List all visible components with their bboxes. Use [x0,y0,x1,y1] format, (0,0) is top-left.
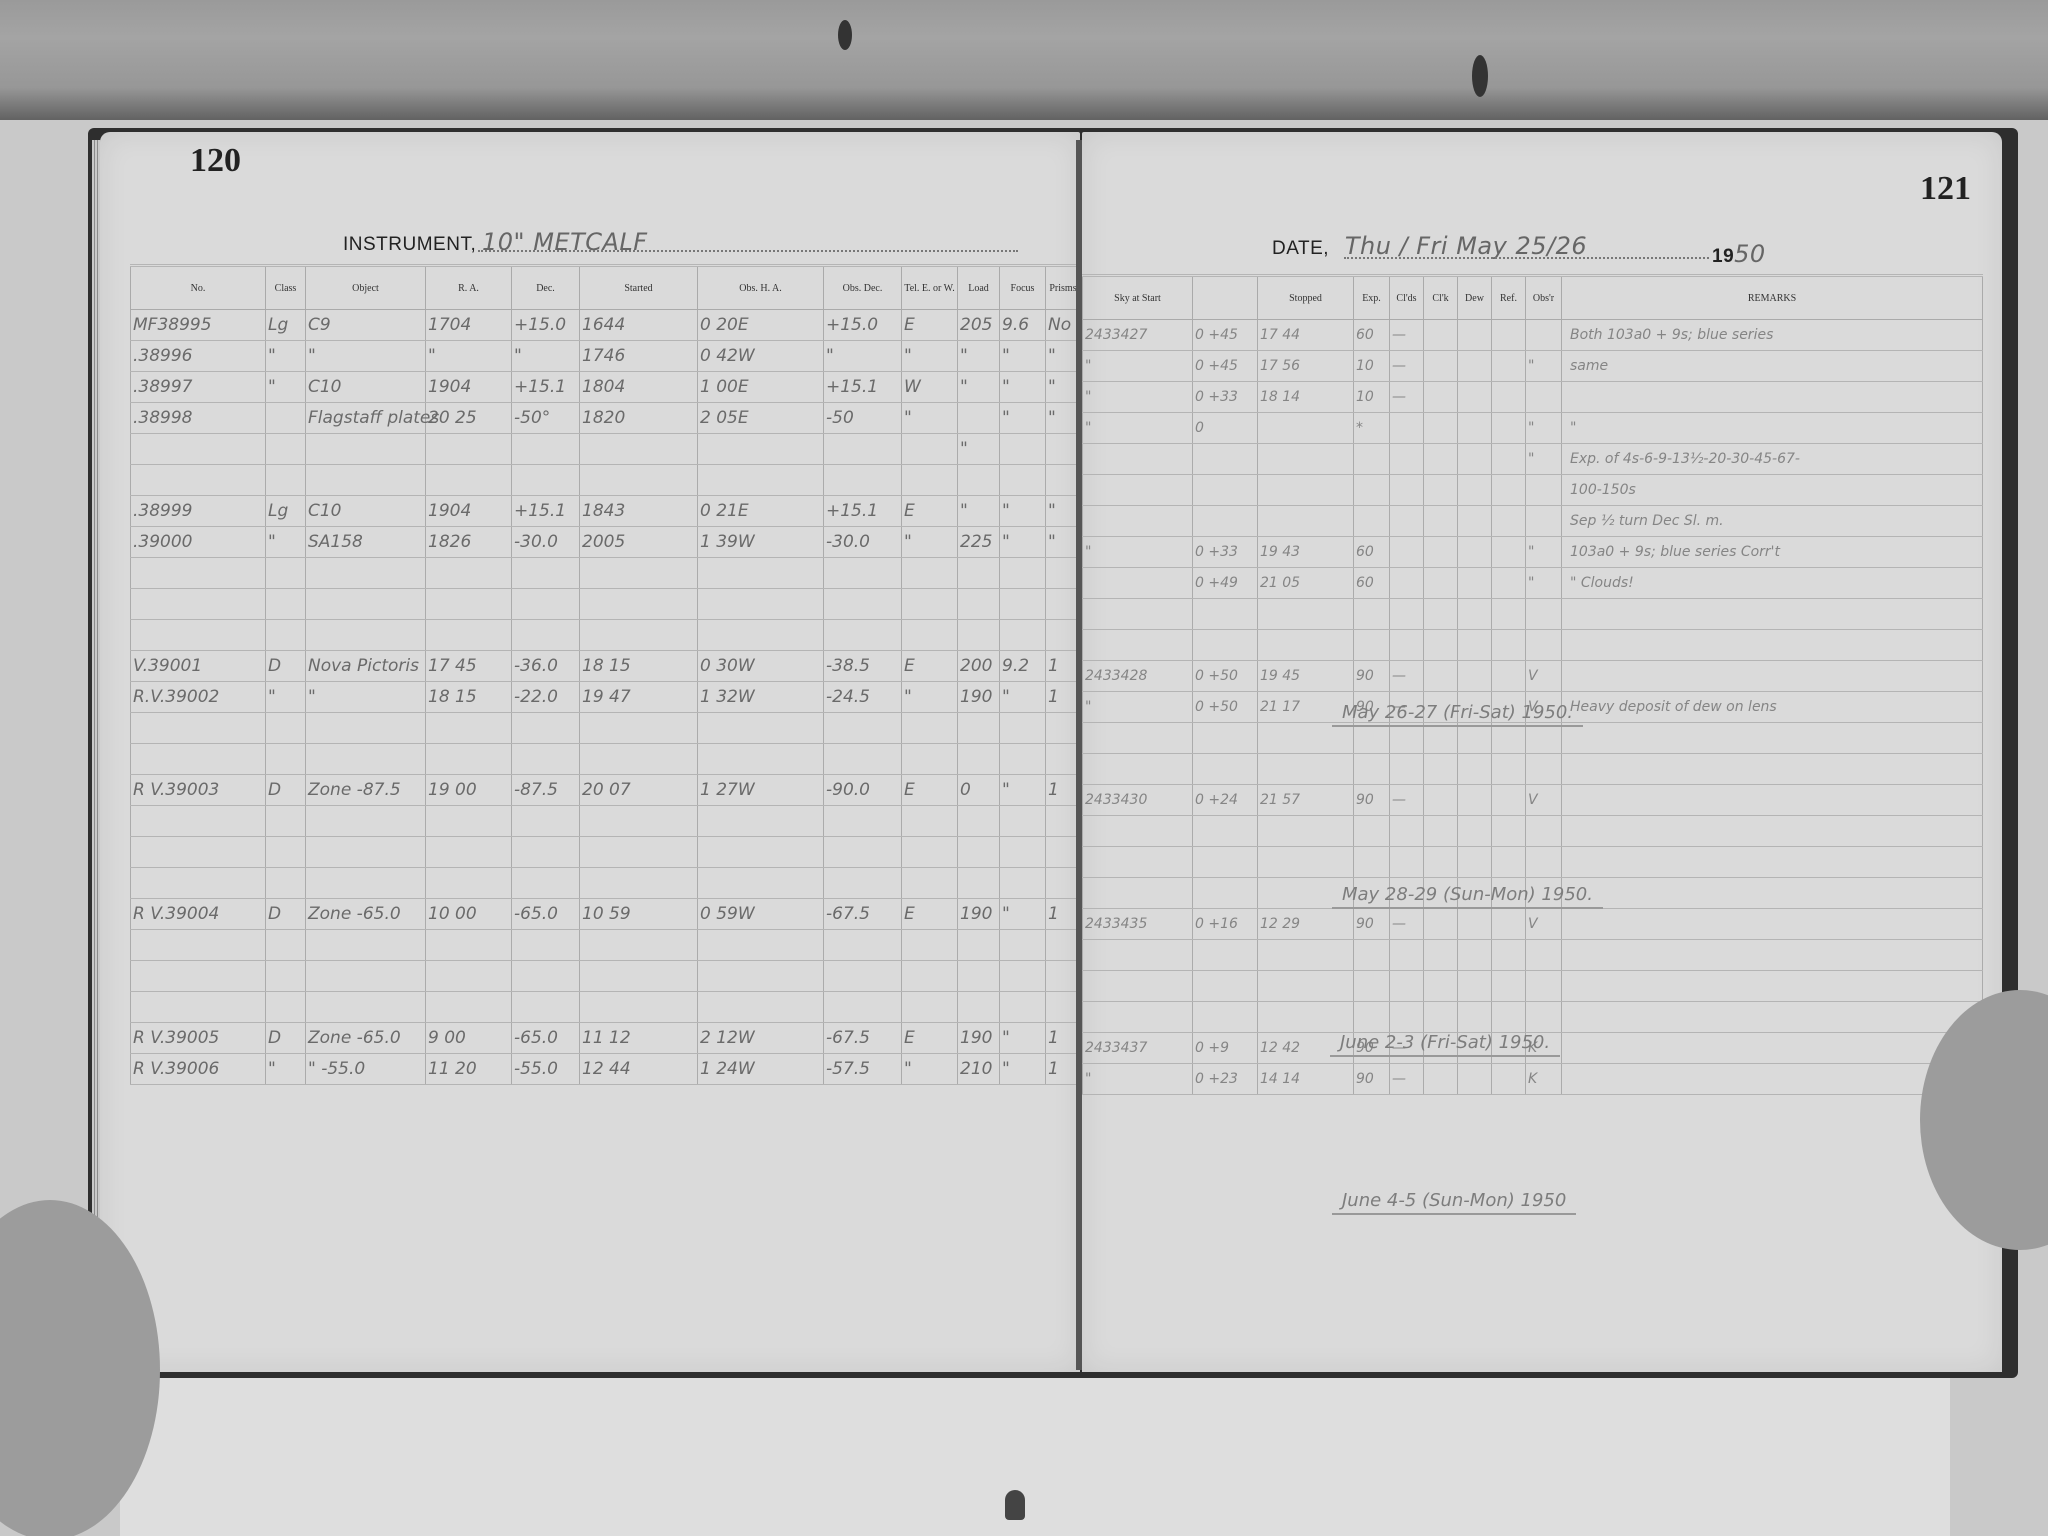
table-cell [698,961,824,992]
table-cell: Zone -65.0 [306,1023,426,1054]
table-cell [1492,847,1526,878]
table-cell [266,589,306,620]
table-cell [1354,1002,1390,1033]
table-cell [131,620,266,651]
table-cell [1526,630,1562,661]
table-cell [1458,847,1492,878]
table-cell: 0 +9 [1193,1033,1258,1064]
table-cell: — [1390,909,1424,940]
table-cell: 10 00 [426,899,512,930]
table-cell [131,744,266,775]
table-cell: 0 [1193,413,1258,444]
table-cell [1258,754,1354,785]
table-cell: 2 05E [698,403,824,434]
table-cell [958,465,1000,496]
table-cell [698,434,824,465]
table-cell: -65.0 [512,1023,580,1054]
table-cell [1424,475,1458,506]
table-cell: " [1000,372,1046,403]
table-cell [902,465,958,496]
table-row [1083,723,1983,754]
table-cell [1000,620,1046,651]
table-cell: .39000 [131,527,266,558]
table-cell [580,434,698,465]
table-cell [1458,537,1492,568]
table-cell: Flagstaff plates [306,403,426,434]
table-cell: E [902,651,958,682]
table-cell [1492,320,1526,351]
table-row: "0 +2314 1490—K [1083,1064,1983,1095]
date-heading: June 4-5 (Sun-Mon) 1950 [1332,1190,1576,1215]
table-cell [1492,661,1526,692]
table-cell [958,992,1000,1023]
table-cell [824,930,902,961]
table-cell: " [902,527,958,558]
table-cell: +15.1 [824,372,902,403]
table-cell [1354,630,1390,661]
table-cell [1492,413,1526,444]
table-cell [698,465,824,496]
table-cell: " [1526,413,1562,444]
table-cell [1526,320,1562,351]
table-cell: 0 20E [698,310,824,341]
table-cell [512,713,580,744]
table-cell [1562,599,1983,630]
table-cell [1458,599,1492,630]
table-cell [306,589,426,620]
table-cell: Zone -87.5 [306,775,426,806]
table-cell: +15.0 [512,310,580,341]
table-cell [1083,723,1193,754]
table-cell [824,992,902,1023]
table-cell: V [1526,785,1562,816]
table-cell: 0 30W [698,651,824,682]
table-cell [512,930,580,961]
table-cell [1424,1064,1458,1095]
table-cell [1492,444,1526,475]
table-cell [1562,785,1983,816]
table-cell [1458,785,1492,816]
table-cell [1354,816,1390,847]
table-cell: 17 44 [1258,320,1354,351]
table-cell: " [426,341,512,372]
page-number-right: 121 [1920,170,1971,208]
table-cell: 10 59 [580,899,698,930]
table-cell [1424,723,1458,754]
table-cell [1492,940,1526,971]
table-cell: 0 +45 [1193,320,1258,351]
table-cell [580,961,698,992]
table-cell [1562,1064,1983,1095]
table-cell [266,868,306,899]
table-cell [1193,723,1258,754]
table-cell [698,806,824,837]
table-cell [1083,971,1193,1002]
column-header: Load [958,266,1000,310]
table-cell [512,806,580,837]
table-cell [1000,434,1046,465]
table-cell: 21 57 [1258,785,1354,816]
table-cell: +15.1 [512,496,580,527]
table-cell [1562,754,1983,785]
table-cell [426,713,512,744]
table-cell: " [1083,382,1193,413]
table-cell: E [902,899,958,930]
table-cell: 0 59W [698,899,824,930]
table-cell: Lg [266,310,306,341]
table-cell: 0 +50 [1193,661,1258,692]
table-cell [1458,816,1492,847]
table-cell: C9 [306,310,426,341]
table-cell [1562,971,1983,1002]
table-cell [1083,940,1193,971]
date-label: DATE, [1272,238,1329,259]
table-cell: 190 [958,899,1000,930]
table-cell: R V.39003 [131,775,266,806]
table-row: R V.39004DZone -65.010 00-65.010 590 59W… [131,899,1081,930]
table-cell [1458,1064,1492,1095]
table-cell: 2433427 [1083,320,1193,351]
table-cell: 14 14 [1258,1064,1354,1095]
table-cell: 90 [1354,785,1390,816]
table-cell: -30.0 [512,527,580,558]
table-cell [1354,847,1390,878]
table-cell [1193,599,1258,630]
table-cell [1492,971,1526,1002]
table-cell [1193,630,1258,661]
table-cell: C10 [306,496,426,527]
table-cell [698,868,824,899]
table-cell: -90.0 [824,775,902,806]
table-cell: Exp. of 4s-6-9-13½-20-30-45-67- [1562,444,1983,475]
table-cell [1526,506,1562,537]
instrument-label: INSTRUMENT, [343,234,476,255]
table-cell [1492,723,1526,754]
column-header: Focus [1000,266,1046,310]
table-row [131,465,1081,496]
table-cell: 1843 [580,496,698,527]
page-number-left: 120 [190,142,241,180]
table-cell [266,744,306,775]
table-cell [902,837,958,868]
date-heading: June 2-3 (Fri-Sat) 1950. [1330,1032,1560,1057]
table-cell [1562,847,1983,878]
column-header: Dec. [512,266,580,310]
table-row [131,589,1081,620]
table-cell [512,992,580,1023]
table-cell [266,620,306,651]
table-cell: W [902,372,958,403]
column-header: Sky at Start [1083,276,1193,320]
table-cell [131,868,266,899]
observation-table-right: Sky at StartStoppedExp.Cl'dsCl'kDewRef.O… [1082,274,1983,1095]
table-cell [1424,568,1458,599]
table-cell [1193,847,1258,878]
table-row [131,744,1081,775]
table-cell: 190 [958,682,1000,713]
table-cell [902,806,958,837]
table-cell [958,558,1000,589]
table-cell: 0 +16 [1193,909,1258,940]
table-cell: — [1390,320,1424,351]
table-row [1083,754,1983,785]
table-cell: Nova Pictoris [306,651,426,682]
table-cell: 19 47 [580,682,698,713]
table-cell [1562,382,1983,413]
table-cell: " -55.0 [306,1054,426,1085]
wood-knot [838,20,852,50]
table-cell [1458,909,1492,940]
table-cell [1526,382,1562,413]
table-cell [1390,630,1424,661]
table-cell: R V.39006 [131,1054,266,1085]
table-cell: " [1000,1054,1046,1085]
table-cell [1526,1002,1562,1033]
table-row: MF38995LgC91704+15.016440 20E+15.0E2059.… [131,310,1081,341]
table-cell: " [266,682,306,713]
table-cell [902,744,958,775]
table-cell [131,992,266,1023]
table-cell [1193,940,1258,971]
table-cell: Zone -65.0 [306,899,426,930]
table-cell: " [958,496,1000,527]
table-cell [1562,909,1983,940]
table-cell [1492,909,1526,940]
table-cell [1492,630,1526,661]
table-cell [1000,868,1046,899]
table-cell: R V.39004 [131,899,266,930]
table-cell: 1826 [426,527,512,558]
table-cell [1083,878,1193,909]
table-row [1083,940,1983,971]
table-cell [1390,568,1424,599]
table-cell: 0 +23 [1193,1064,1258,1095]
table-cell [902,713,958,744]
table-cell [306,465,426,496]
table-cell: " [306,341,426,372]
table-row: "Exp. of 4s-6-9-13½-20-30-45-67- [1083,444,1983,475]
table-cell [1390,475,1424,506]
table-cell: 19 43 [1258,537,1354,568]
table-cell [1083,847,1193,878]
table-cell [1458,351,1492,382]
table-cell [131,806,266,837]
table-cell: 18 15 [426,682,512,713]
table-row: V.39001DNova Pictoris17 45-36.018 150 30… [131,651,1081,682]
table-cell: R V.39005 [131,1023,266,1054]
table-cell: -67.5 [824,899,902,930]
table-cell [902,930,958,961]
table-cell [902,992,958,1023]
table-row [1083,599,1983,630]
table-cell: " [266,341,306,372]
table-cell [1492,568,1526,599]
table-cell [1424,785,1458,816]
table-cell [266,961,306,992]
table-cell: V [1526,909,1562,940]
column-header: R. A. [426,266,512,310]
table-cell [1492,1064,1526,1095]
table-cell: — [1390,351,1424,382]
table-cell [580,744,698,775]
table-cell [1526,971,1562,1002]
table-row [131,558,1081,589]
table-cell [1424,661,1458,692]
table-cell [1390,971,1424,1002]
table-cell: Lg [266,496,306,527]
table-cell [1083,816,1193,847]
table-cell [580,620,698,651]
table-cell: 10 [1354,351,1390,382]
table-cell: C10 [306,372,426,403]
table-cell [1492,599,1526,630]
table-cell: 1804 [580,372,698,403]
table-row: .38996""""17460 42W""""" [131,341,1081,372]
table-cell [1424,444,1458,475]
table-cell: " [1083,413,1193,444]
table-cell [1526,723,1562,754]
table-cell [1424,382,1458,413]
table-row: R.V.39002""18 15-22.019 471 32W-24.5"190… [131,682,1081,713]
table-cell: 11 20 [426,1054,512,1085]
table-cell: -22.0 [512,682,580,713]
table-row: "0 +4517 5610—"same [1083,351,1983,382]
table-cell [306,620,426,651]
table-cell [958,713,1000,744]
table-cell [958,806,1000,837]
table-cell [1354,444,1390,475]
table-cell [1193,1002,1258,1033]
table-cell [1193,475,1258,506]
table-cell [902,620,958,651]
date-dotted-line [1344,257,1709,259]
table-row: 24334270 +4517 4460—Both 103a0 + 9s; blu… [1083,320,1983,351]
table-cell: 2005 [580,527,698,558]
table-cell [1492,506,1526,537]
table-cell [1458,506,1492,537]
table-cell [1458,971,1492,1002]
table-cell [1424,506,1458,537]
table-cell [958,930,1000,961]
table-cell [1424,754,1458,785]
table-cell: +15.1 [824,496,902,527]
table-cell: 60 [1354,568,1390,599]
table-cell: " [1000,1023,1046,1054]
table-cell [512,558,580,589]
table-cell [1083,568,1193,599]
table-cell [306,837,426,868]
table-cell: " [1083,692,1193,723]
table-cell: same [1562,351,1983,382]
table-cell [131,930,266,961]
year-prefix: 19 [1712,246,1734,267]
table-cell: 60 [1354,320,1390,351]
table-cell [958,837,1000,868]
table-surface [120,1360,1950,1536]
table-cell [1193,971,1258,1002]
table-cell: 225 [958,527,1000,558]
table-cell: 0 +50 [1193,692,1258,723]
table-cell: " [902,403,958,434]
table-cell: -24.5 [824,682,902,713]
table-row [1083,630,1983,661]
table-cell [824,589,902,620]
column-header: Stopped [1258,276,1354,320]
table-row: .39000"SA1581826-30.020051 39W-30.0"225"… [131,527,1081,558]
column-header [1193,276,1258,320]
table-cell [512,868,580,899]
table-cell [1424,816,1458,847]
table-cell [1492,382,1526,413]
table-cell: E [902,310,958,341]
table-cell [824,744,902,775]
table-cell [1390,599,1424,630]
table-cell [306,744,426,775]
table-cell: " Clouds! [1562,568,1983,599]
table-cell: E [902,1023,958,1054]
table-cell: D [266,775,306,806]
table-cell: 1 00E [698,372,824,403]
table-cell [1354,506,1390,537]
table-cell: 9 00 [426,1023,512,1054]
table-cell: 190 [958,1023,1000,1054]
table-cell: 200 [958,651,1000,682]
table-cell: — [1390,661,1424,692]
table-cell: R.V.39002 [131,682,266,713]
table-cell: " [1526,351,1562,382]
table-cell [1083,444,1193,475]
table-cell: — [1390,382,1424,413]
table-row: " [131,434,1081,465]
table-cell: D [266,651,306,682]
table-cell: " [1526,537,1562,568]
table-cell: 18 15 [580,651,698,682]
table-row: .38999LgC101904+15.118430 21E+15.1E""" [131,496,1081,527]
table-row: "0 +3319 4360"103a0 + 9s; blue series Co… [1083,537,1983,568]
table-row: 24334300 +2421 5790—V [1083,785,1983,816]
table-cell [824,558,902,589]
table-cell [698,589,824,620]
table-cell [426,558,512,589]
table-cell [902,558,958,589]
table-cell [426,992,512,1023]
table-cell: 0 +49 [1193,568,1258,599]
table-cell: " [958,434,1000,465]
table-cell [1258,971,1354,1002]
table-cell [131,713,266,744]
table-cell [1258,599,1354,630]
table-cell: " [1000,341,1046,372]
table-cell: E [902,496,958,527]
table-cell [1354,754,1390,785]
table-cell [1424,537,1458,568]
table-cell [266,558,306,589]
table-row: R V.39006"" -55.011 20-55.012 441 24W-57… [131,1054,1081,1085]
table-cell [1492,475,1526,506]
table-row: 0 +4921 0560"" Clouds! [1083,568,1983,599]
column-header: REMARKS [1562,276,1983,320]
table-cell [1193,754,1258,785]
table-cell: 12 44 [580,1054,698,1085]
table-cell: " [1000,527,1046,558]
table-cell: 90 [1354,909,1390,940]
column-header: Cl'ds [1390,276,1424,320]
table-cell: 17 45 [426,651,512,682]
column-header: Tel. E. or W. [902,266,958,310]
table-cell [698,744,824,775]
table-cell [1258,413,1354,444]
table-cell [824,465,902,496]
